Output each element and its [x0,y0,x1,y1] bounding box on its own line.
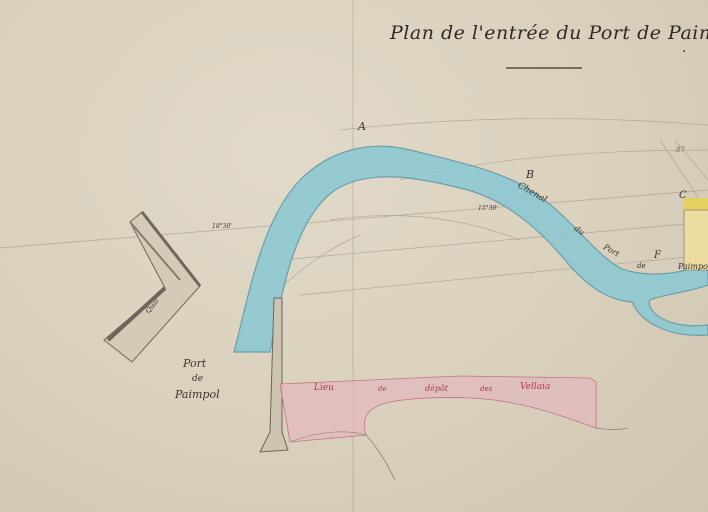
channel-water [234,146,708,352]
measurement-mid: 15°30' [478,205,498,212]
deposit-label-word-3: dépôt [425,384,448,393]
map-drawing [0,0,708,512]
point-label-f: F [654,250,661,261]
historic-harbor-map: Plan de l'entrée du Port de Paimpol . A … [0,0,708,512]
deposit-label-word-4: des [480,385,492,393]
building-block [684,198,708,270]
quay-chevron [104,212,200,362]
point-label-b: B [526,168,534,181]
measurement-left: 18°30' [212,223,232,230]
point-label-a: A [358,120,366,133]
deposit-label-word-1: Lieu [314,383,334,393]
deposit-label-word-5: Vellaia [520,382,550,392]
town-label-line-2: de [192,374,203,384]
town-label-line-3: Paimpol [175,388,220,401]
deposit-label-word-2: de [378,385,387,393]
map-title: Plan de l'entrée du Port de Paimpol [390,22,708,44]
measurement-top-right: 87 [676,146,685,154]
point-label-c: C [679,190,687,201]
channel-label-word-5: Paimpol [678,262,708,271]
town-label-line-1: Port [183,357,206,370]
title-dot: . [682,40,686,56]
channel-label-word-4: de [637,262,646,270]
